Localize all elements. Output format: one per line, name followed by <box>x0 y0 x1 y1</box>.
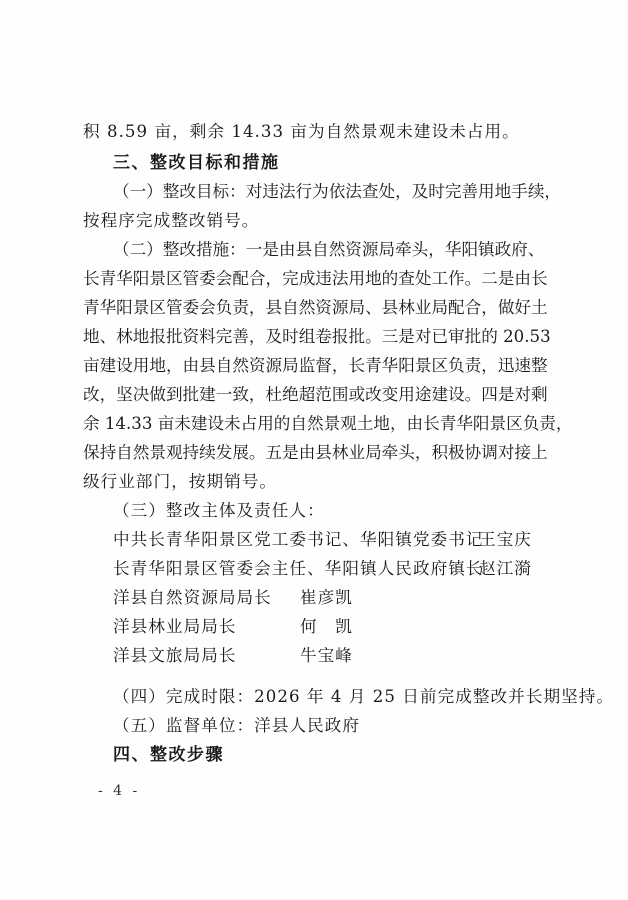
page-number: - 4 - <box>98 781 140 801</box>
paragraph-supervisor: （五）监督单位：洋县人民政府 <box>113 713 531 739</box>
paragraph-deadline: （四）完成时限：2026 年 4 月 25 日前完成整改并长期坚持。 <box>113 684 531 710</box>
paragraph-target-line-2: 按程序完成整改销号。 <box>83 208 531 234</box>
paragraph-measures-line-5: 亩建设用地，由县自然资源局监督，长青华阳景区负责，迅速整 <box>83 353 531 379</box>
responsible-person-row: 中共长青华阳景区党工委书记、华阳镇党委书记 王宝庆 <box>113 527 531 553</box>
responsible-name: 崔彦凯 <box>300 585 353 611</box>
responsible-name: 牛宝峰 <box>300 643 353 669</box>
responsible-name: 何 凯 <box>300 614 353 640</box>
responsible-role: 洋县林业局局长 <box>113 614 237 640</box>
responsible-person-row: 洋县文旅局局长 牛宝峰 <box>113 643 531 669</box>
paragraph-target-line-1: （一）整改目标：对违法行为依法查处，及时完善用地手续， <box>113 179 531 205</box>
paragraph-measures-line-8: 保持自然景观持续发展。五是由县林业局牵头，积极协调对接上 <box>83 440 531 466</box>
responsible-role: 洋县自然资源局局长 <box>113 585 272 611</box>
responsible-name: 王宝庆 <box>479 527 532 553</box>
paragraph-measures-line-3: 青华阳景区管委会负责，县自然资源局、县林业局配合，做好土 <box>83 295 531 321</box>
responsible-role: 长青华阳景区管委会主任、华阳镇人民政府镇长 <box>113 556 484 582</box>
responsible-name: 赵江漪 <box>479 556 532 582</box>
responsible-role: 洋县文旅局局长 <box>113 643 237 669</box>
responsible-person-row: 洋县林业局局长 何 凯 <box>113 614 531 640</box>
responsible-person-row: 洋县自然资源局局长 崔彦凯 <box>113 585 531 611</box>
responsible-role: 中共长青华阳景区党工委书记、华阳镇党委书记 <box>113 527 484 553</box>
paragraph-measures-line-2: 长青华阳景区管委会配合，完成违法用地的查处工作。二是由长 <box>83 266 531 292</box>
paragraph-measures-line-4: 地、林地报批资料完善，及时组卷报批。三是对已审批的 20.53 <box>83 324 531 350</box>
responsible-person-row: 长青华阳景区管委会主任、华阳镇人民政府镇长 赵江漪 <box>113 556 531 582</box>
paragraph-responsible-heading: （三）整改主体及责任人： <box>113 498 531 524</box>
paragraph-measures-line-1: （二）整改措施：一是由县自然资源局牵头，华阳镇政府、 <box>113 237 531 263</box>
section-heading-3: 三、整改目标和措施 <box>113 150 531 176</box>
section-heading-4: 四、整改步骤 <box>113 742 531 768</box>
paragraph-continuation: 积 8.59 亩，剩余 14.33 亩为自然景观未建设未占用。 <box>83 119 531 145</box>
paragraph-measures-line-7: 余 14.33 亩未建设未占用的自然景观土地，由长青华阳景区负责， <box>83 411 531 437</box>
paragraph-measures-line-9: 级行业部门，按期销号。 <box>83 469 531 495</box>
document-page: 积 8.59 亩，剩余 14.33 亩为自然景观未建设未占用。 三、整改目标和措… <box>0 0 628 900</box>
paragraph-measures-line-6: 改，坚决做到批建一致，杜绝超范围或改变用途建设。四是对剩 <box>83 382 531 408</box>
